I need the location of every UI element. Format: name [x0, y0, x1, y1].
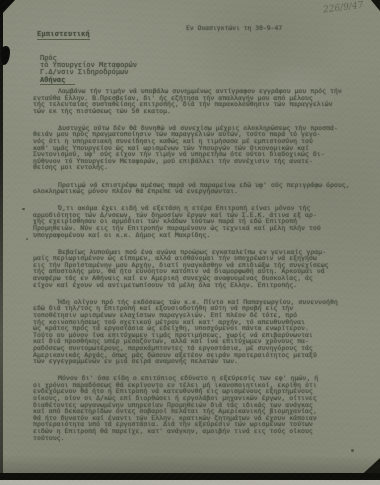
date-line: Εν Ουασιγκτώνι τη 30-9-47 [186, 24, 282, 32]
paper-speck [22, 208, 25, 210]
paragraph: Λαμβάνω τήν τιμήν νά υποβάλω συνημμένως … [33, 88, 371, 114]
paragraph: Ήδη ολίγον πρό τής εκδόσεως τών κ.κ. Πίν… [33, 299, 371, 365]
paragraph: Προτιμώ νά επιστρέψω αμέσως παρά νά παρα… [33, 182, 371, 195]
text-line: θείσης μοι εντολής. [33, 164, 371, 171]
paragraph: Μόνον δι' όσα είδη ο επιτόπιος εδύνατο η… [33, 375, 371, 441]
text-line: ειδών η Επιτροπή θά παρείχε, κατ' ανάγκη… [33, 428, 371, 435]
paper-speck [351, 449, 354, 452]
text-line: Αθήνας [40, 77, 75, 86]
scanner-background-strip [0, 480, 380, 485]
scan-edge-bottom [0, 473, 380, 480]
scanned-letter-page: 226/9/47 Εν Ουασιγκτώνι τη 30-9-47 Εμπισ… [0, 0, 380, 485]
text-line: τούτους. [33, 435, 371, 442]
paragraph: Δυστυχώς ούτω δέν θά δυνηθώ νά συνεχίσω … [33, 125, 371, 171]
classification-label: Εμπιστευτική [37, 30, 90, 40]
bottom-shadow [0, 455, 380, 473]
recipient-block: Πρόςτό Υπουργείον ΜεταφορώνΓ.Δ/νσιν Σιδη… [40, 55, 137, 85]
scan-edge-left [0, 0, 3, 476]
ink-blot [1, 46, 10, 65]
scan-corner-top-right [371, 0, 380, 11]
body-paragraphs: Λαμβάνω τήν τιμήν νά υποβάλω συνημμένως … [33, 88, 371, 452]
text-line: είχον καί έχουν νά αντιμετωπίσουν τά μέλ… [33, 282, 371, 289]
paper-speck [26, 238, 28, 240]
paragraph: Ό,τι ακόμα έχει ειδή νά εξετάση η ετέρα … [33, 205, 371, 238]
text-line: ολοκληρωτικώς μόνον πλέον θά έπρεπε νά ε… [33, 188, 371, 195]
text-line: τών εκ τής πιστώσεως τών 50 εκατομ. [33, 108, 371, 115]
text-line: υπογραφομένου καί οι κ.κ. Δήμος καί Μακρ… [33, 232, 371, 239]
text-line: τών εγγεγραμμένων εν μιά σειρά αναμονής … [33, 358, 371, 365]
paragraph: Βεβαίως λυπούμαι πού ένα αγώνα προώρως ε… [33, 249, 371, 289]
